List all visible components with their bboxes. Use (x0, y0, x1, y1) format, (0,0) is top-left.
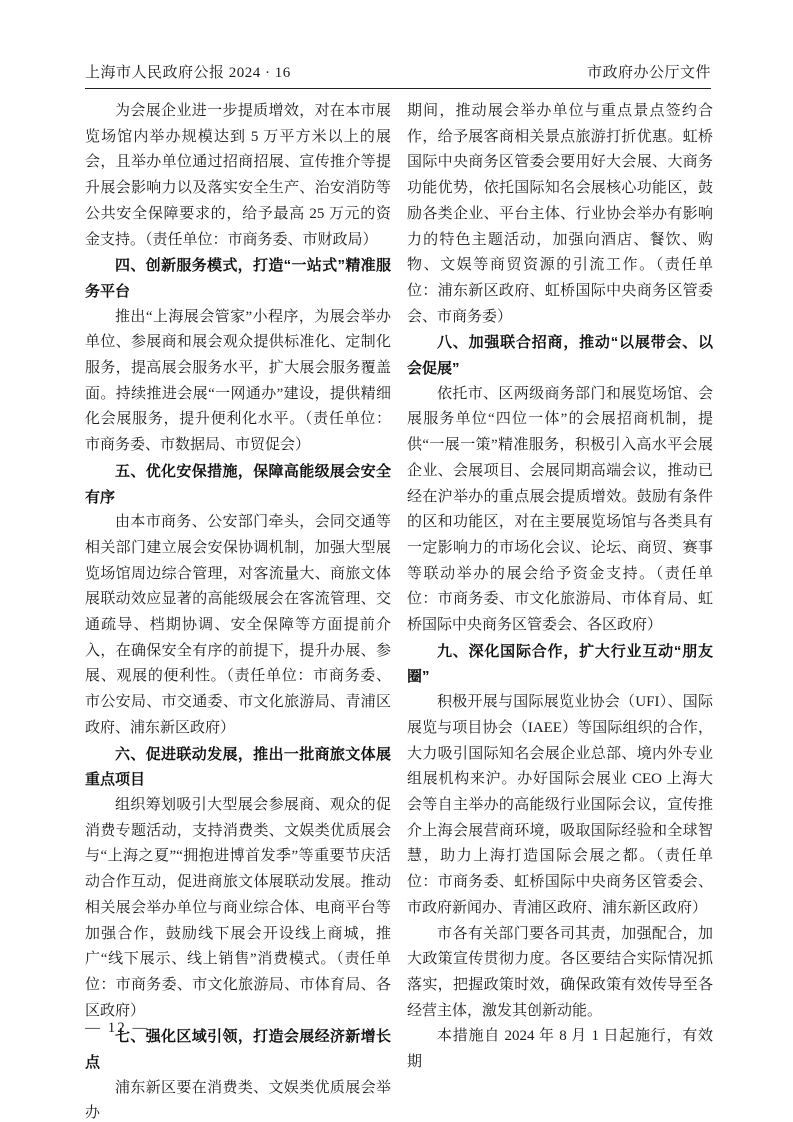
left-column: 为会展企业进一步提质增效，对在本市展览场馆内举办规模达到 5 万平方米以上的展会… (85, 99, 391, 1122)
paragraph: 市各有关部门要各司其责，加强配合，加大政策宣传贯彻力度。各区要结合实际情况抓落实… (407, 922, 713, 1025)
section-heading: 八、加强联合招商，推动“以展带会、以会促展” (407, 330, 713, 381)
page-header: 上海市人民政府公报 2024 · 16 市政府办公厅文件 (85, 61, 711, 82)
document-category: 市政府办公厅文件 (587, 61, 711, 82)
paragraph: 为会展企业进一步提质增效，对在本市展览场馆内举办规模达到 5 万平方米以上的展会… (85, 99, 391, 253)
paragraph: 本措施自 2024 年 8 月 1 日起施行，有效期 (407, 1024, 713, 1075)
section-heading: 四、创新服务模式，打造“一站式”精准服务平台 (85, 253, 391, 304)
paragraph: 由本市商务、公安部门牵头，会同交通等相关部门建立展会安保协调机制，加强大型展览场… (85, 510, 391, 741)
section-heading: 五、优化安保措施，保障高能级展会安全有序 (85, 459, 391, 510)
paragraph: 推出“上海展会管家”小程序，为展会举办单位、参展商和展会观众提供标准化、定制化服… (85, 305, 391, 459)
paragraph: 依托市、区两级商务部门和展览场馆、会展服务单位“四位一体”的会展招商机制，提供“… (407, 382, 713, 639)
paragraph: 期间，推动展会举办单位与重点景点签约合作，给予展客商相关景点旅游打折优惠。虹桥国… (407, 99, 713, 330)
page-number: — 12 — (85, 1020, 150, 1037)
header-divider (85, 88, 711, 89)
right-column: 期间，推动展会举办单位与重点景点签约合作，给予展客商相关景点旅游打折优惠。虹桥国… (407, 99, 713, 1122)
document-body: 为会展企业进一步提质增效，对在本市展览场馆内举办规模达到 5 万平方米以上的展会… (85, 99, 713, 1122)
paragraph: 组织筹划吸引大型展会参展商、观众的促消费专题活动，支持消费类、文娱类优质展会与“… (85, 793, 391, 1024)
paragraph: 浦东新区要在消费类、文娱类优质展会举办 (85, 1076, 391, 1122)
section-heading: 九、深化国际合作，扩大行业互动“朋友圈” (407, 639, 713, 690)
gazette-title: 上海市人民政府公报 2024 · 16 (85, 61, 291, 82)
section-heading: 六、促进联动发展，推出一批商旅文体展重点项目 (85, 742, 391, 793)
paragraph: 积极开展与国际展览业协会（UFI）、国际展览与项目协会（IAEE）等国际组织的合… (407, 690, 713, 921)
